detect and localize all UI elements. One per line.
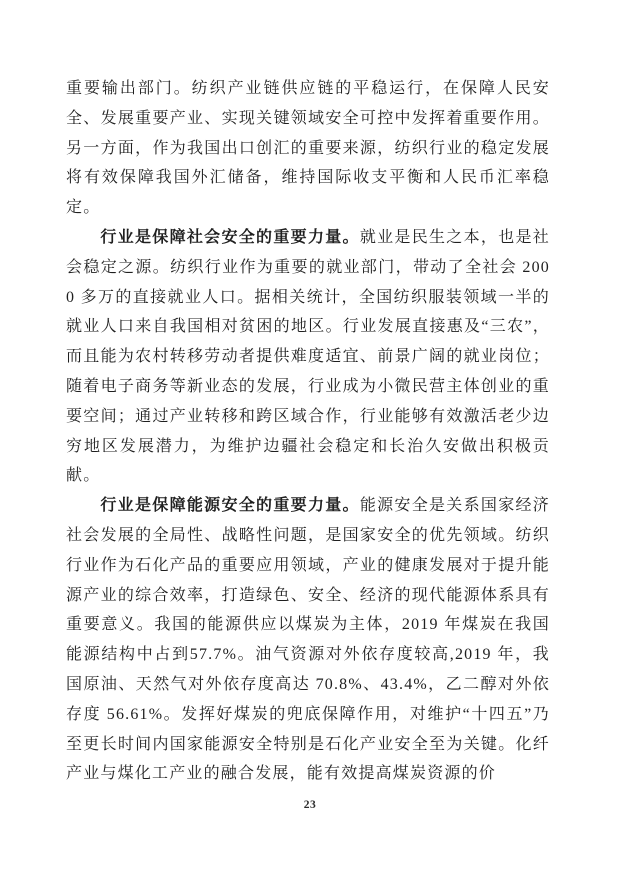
paragraph-body-text: 就业是民生之本，也是社会稳定之源。纺织行业作为重要的就业部门，带动了全社会 20… <box>66 229 550 484</box>
paragraph-lead-bold: 行业是保障能源安全的重要力量。 <box>100 497 359 514</box>
paragraph-continuation: 重要输出部门。纺织产业链供应链的平稳运行，在保障人民安全、发展重要产业、实现关键… <box>66 74 550 223</box>
paragraph-lead-bold: 行业是保障社会安全的重要力量。 <box>100 229 359 246</box>
page-number: 23 <box>0 799 620 811</box>
paragraph-body-text: 重要输出部门。纺织产业链供应链的平稳运行，在保障人民安全、发展重要产业、实现关键… <box>66 80 550 216</box>
paragraph-body-text: 能源安全是关系国家经济社会发展的全局性、战略性问题，是国家安全的优先领域。纺织行… <box>66 497 550 782</box>
document-page: 重要输出部门。纺织产业链供应链的平稳运行，在保障人民安全、发展重要产业、实现关键… <box>0 0 620 876</box>
paragraph-energy-security: 行业是保障能源安全的重要力量。能源安全是关系国家经济社会发展的全局性、战略性问题… <box>66 491 550 789</box>
paragraph-social-security: 行业是保障社会安全的重要力量。就业是民生之本，也是社会稳定之源。纺织行业作为重要… <box>66 223 550 491</box>
page-body-text: 重要输出部门。纺织产业链供应链的平稳运行，在保障人民安全、发展重要产业、实现关键… <box>66 74 550 789</box>
